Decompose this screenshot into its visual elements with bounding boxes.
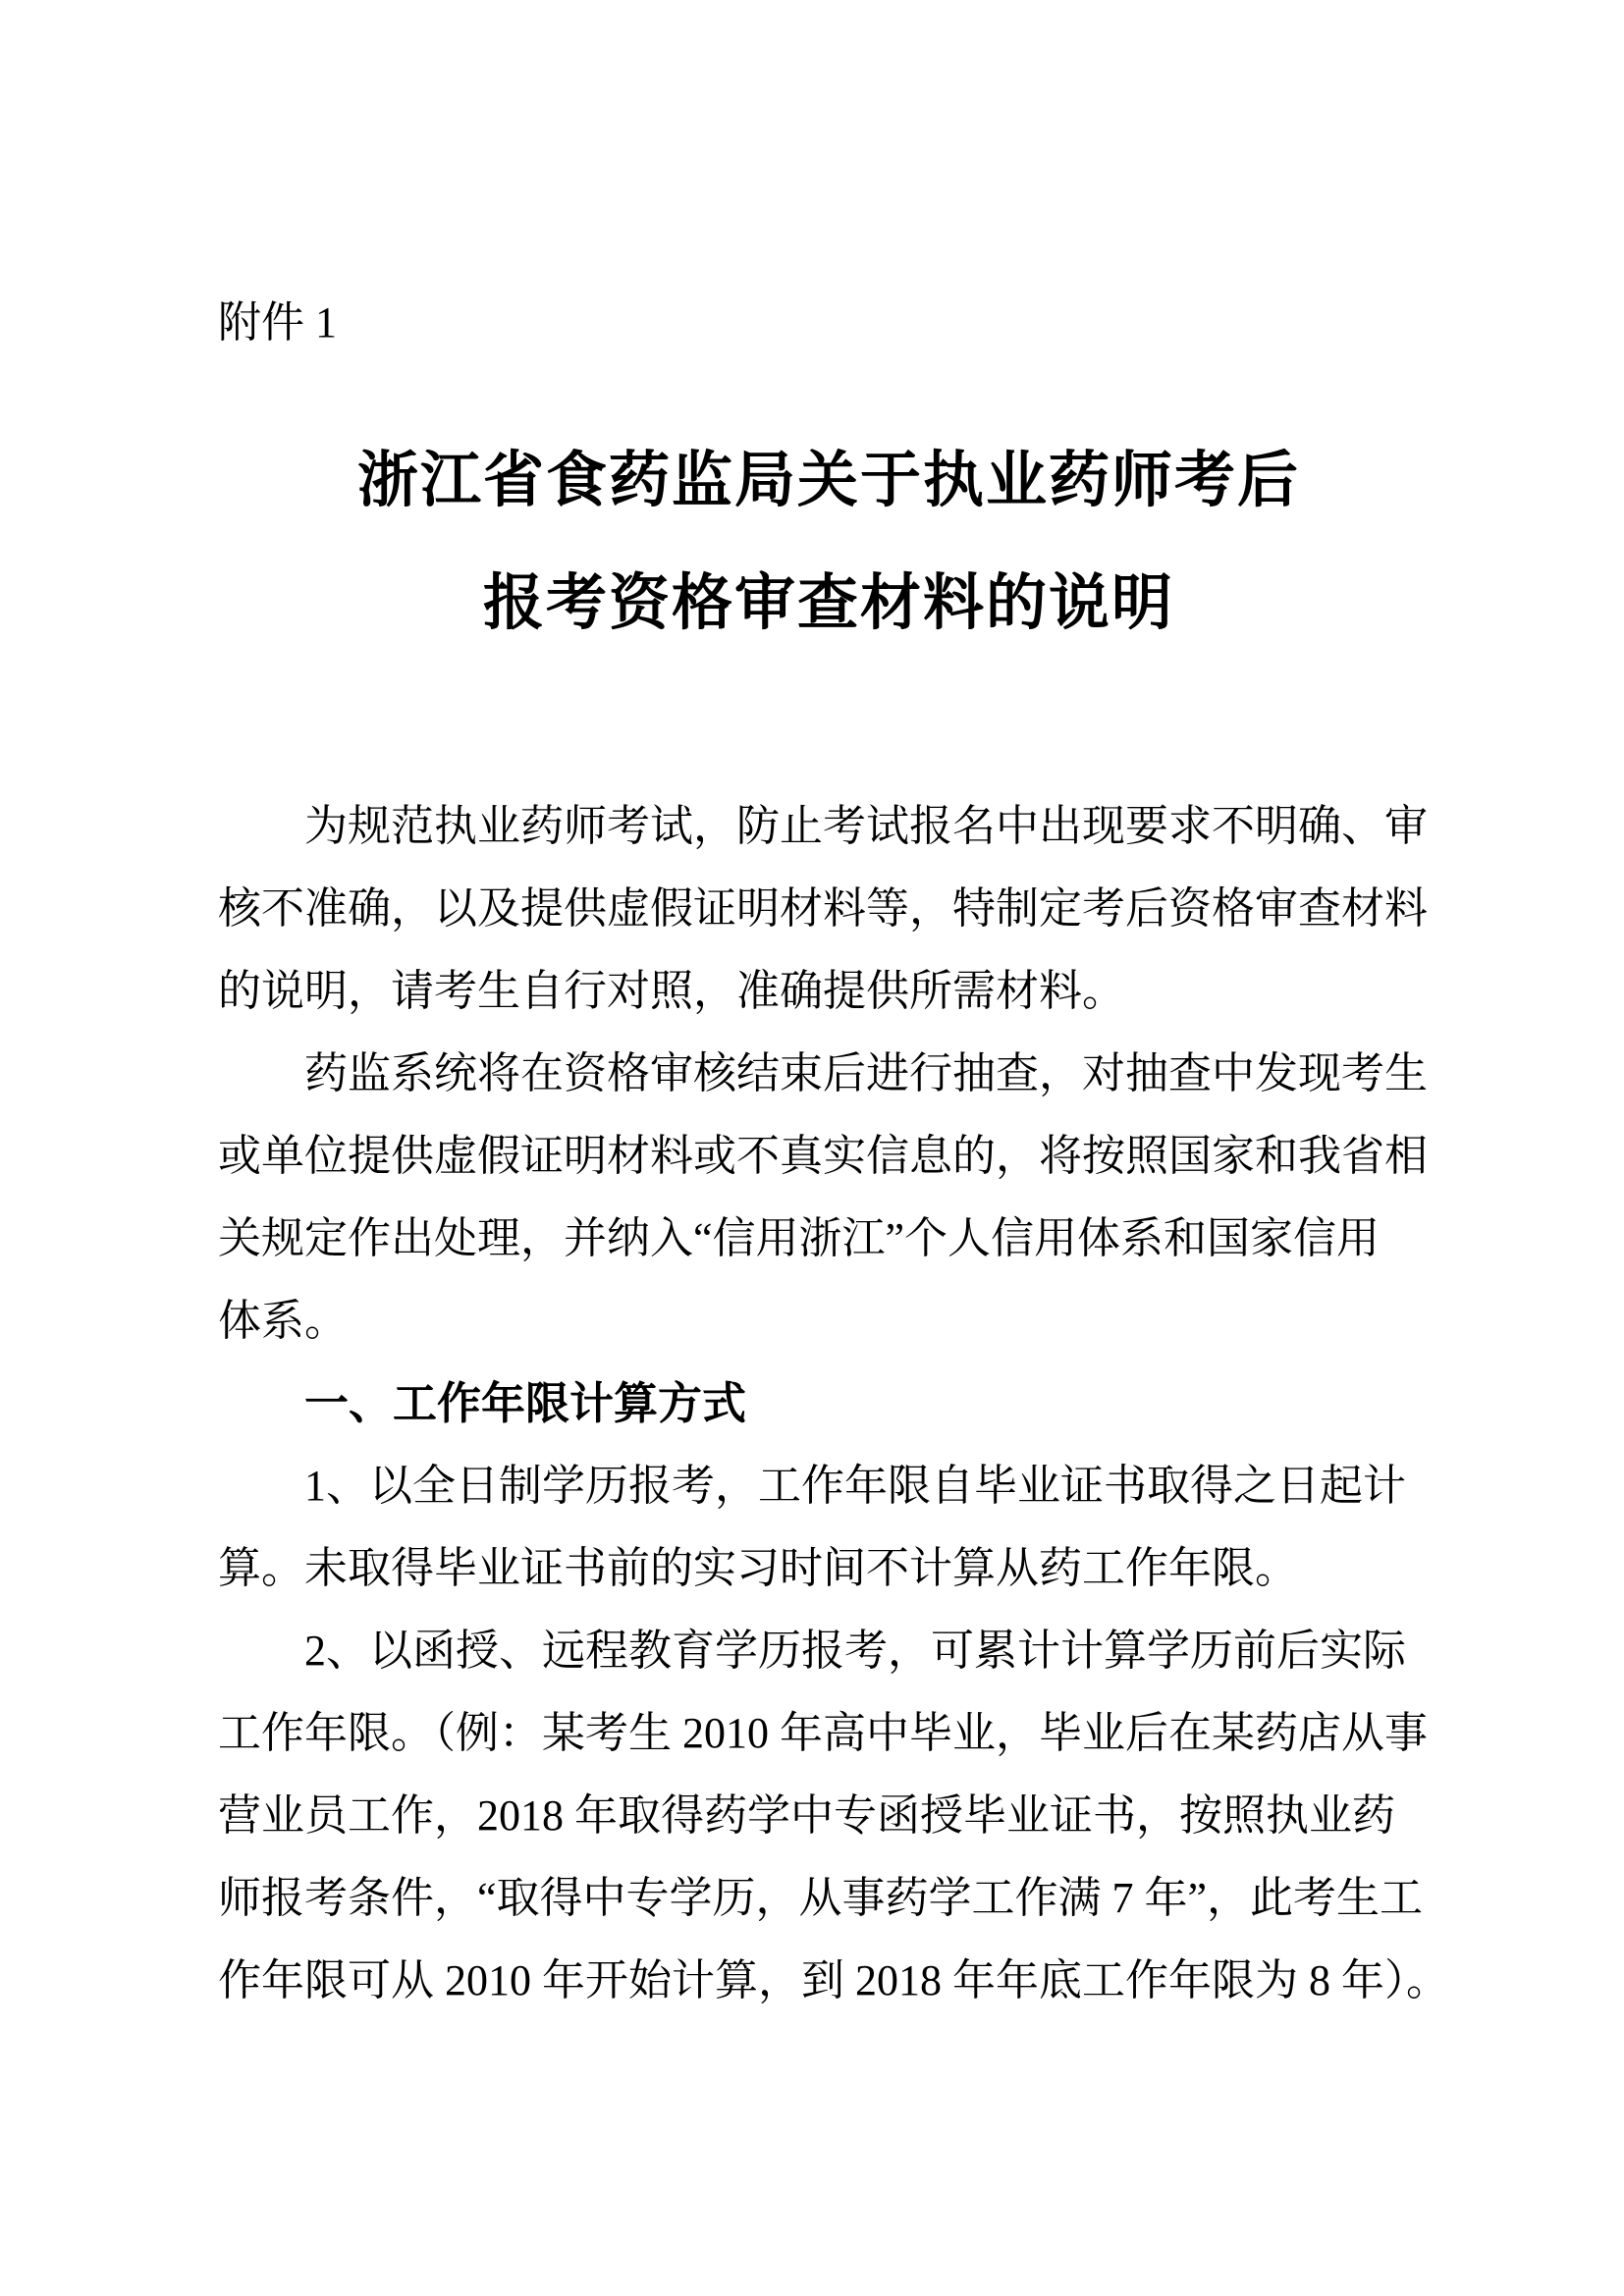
- attachment-label: 附件 1: [218, 294, 1439, 351]
- spot-check-line: 关规定作出处理，并纳入“信用浙江”个人信用体系和国家信用: [218, 1198, 1439, 1280]
- spot-check-line: 或单位提供虚假证明材料或不真实信息的，将按照国家和我省相: [218, 1115, 1439, 1198]
- intro-line: 为规范执业药师考试，防止考试报名中出现要求不明确、审: [218, 785, 1439, 868]
- document-page: 附件 1 浙江省食药监局关于执业药师考后 报考资格审查材料的说明 为规范执业药师…: [0, 0, 1624, 2296]
- section1-item2-line: 工作年限。（例：某考生 2010 年高中毕业，毕业后在某药店从事: [218, 1692, 1439, 1775]
- spot-check-line: 药监系统将在资格审核结束后进行抽查，对抽查中发现考生: [218, 1033, 1439, 1115]
- section1-item2-line: 师报考条件，“取得中专学历，从事药学工作满 7 年”，此考生工: [218, 1857, 1439, 1940]
- section1-item1-line: 算。未取得毕业证书前的实习时间不计算从药工作年限。: [218, 1527, 1439, 1610]
- document-content: 附件 1 浙江省食药监局关于执业药师考后 报考资格审查材料的说明 为规范执业药师…: [218, 0, 1439, 2022]
- title-line-2: 报考资格审查材料的说明: [218, 543, 1439, 666]
- section1-heading: 一、工作年限计算方式: [218, 1362, 1439, 1445]
- title-line-1: 浙江省食药监局关于执业药师考后: [218, 420, 1439, 543]
- document-title: 浙江省食药监局关于执业药师考后 报考资格审查材料的说明: [218, 420, 1439, 666]
- section1-item2-line: 作年限可从 2010 年开始计算，到 2018 年年底工作年限为 8 年）。: [218, 1940, 1439, 2022]
- document-body: 为规范执业药师考试，防止考试报名中出现要求不明确、审 核不准确，以及提供虚假证明…: [218, 785, 1439, 2022]
- intro-line: 核不准确，以及提供虚假证明材料等，特制定考后资格审查材料: [218, 868, 1439, 950]
- section1-item2-line: 营业员工作，2018 年取得药学中专函授毕业证书，按照执业药: [218, 1775, 1439, 1857]
- section1-item2-line: 2、以函授、远程教育学历报考，可累计计算学历前后实际: [218, 1610, 1439, 1692]
- spot-check-line: 体系。: [218, 1280, 1439, 1362]
- intro-line: 的说明，请考生自行对照，准确提供所需材料。: [218, 950, 1439, 1033]
- section1-item1-line: 1、以全日制学历报考，工作年限自毕业证书取得之日起计: [218, 1445, 1439, 1527]
